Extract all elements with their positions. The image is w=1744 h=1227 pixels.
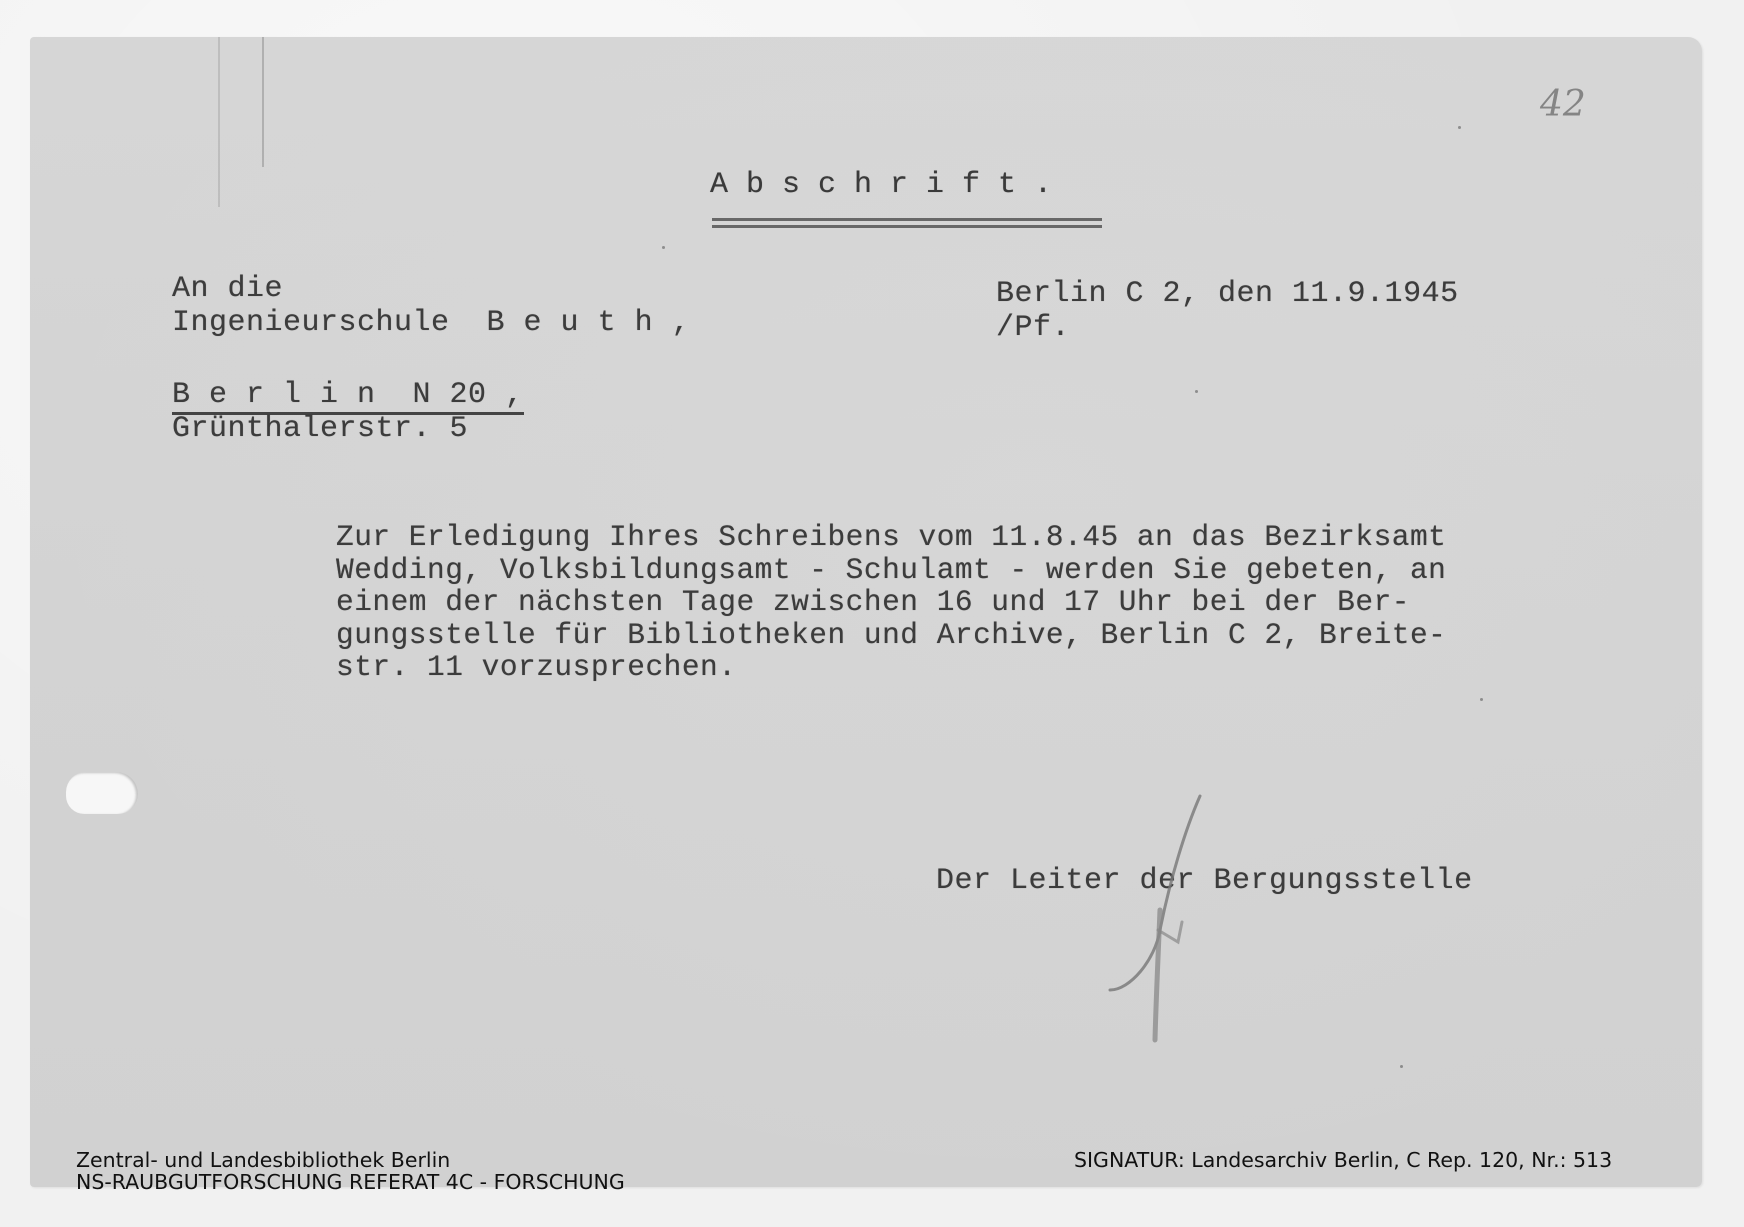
punch-hole: [66, 772, 138, 814]
body-line: einem der nächsten Tage zwischen 16 und …: [336, 585, 1410, 619]
recipient-institution: Ingenieurschule B e u t h ,: [172, 306, 690, 340]
footer-department: NS-RAUBGUTFORSCHUNG REFERAT 4C - FORSCHU…: [76, 1170, 625, 1194]
reference-initials: /Pf.: [996, 311, 1070, 345]
body-line: gungsstelle für Bibliotheken und Archive…: [336, 618, 1446, 652]
recipient-city-underlined: B e r l i n N 20 ,: [172, 378, 524, 415]
body-line: str. 11 vorzusprechen.: [336, 650, 736, 684]
body-line: Zur Erledigung Ihres Schreibens vom 11.8…: [336, 520, 1446, 554]
document-title: A b s c h r i f t .: [710, 168, 1052, 202]
paper-speck: [1458, 126, 1461, 129]
dateline-block: Berlin C 2, den 11.9.1945 /Pf.: [996, 277, 1459, 345]
paper-speck: [1480, 698, 1483, 701]
place-and-date: Berlin C 2, den 11.9.1945: [996, 277, 1459, 311]
handwritten-signature: [1100, 790, 1240, 1050]
recipient-city: B e r l i n N 20 ,: [172, 378, 524, 415]
paper-crease: [262, 37, 264, 167]
recipient-street: Grünthalerstr. 5: [172, 412, 468, 446]
paper-speck: [1195, 390, 1198, 393]
recipient-line-1: An die: [172, 272, 283, 306]
footer-library: Zentral- und Landesbibliothek Berlin: [76, 1148, 450, 1172]
recipient-block: An die Ingenieurschule B e u t h ,: [172, 272, 690, 340]
footer-signature-reference: SIGNATUR: Landesarchiv Berlin, C Rep. 12…: [1074, 1149, 1612, 1171]
paper-speck: [1400, 1065, 1403, 1068]
footer-institution: Zentral- und Landesbibliothek Berlin NS-…: [76, 1149, 625, 1193]
handwritten-page-number: 42: [1540, 84, 1586, 125]
title-double-underline: [712, 218, 1102, 228]
paper-speck: [662, 246, 665, 249]
body-line: Wedding, Volksbildungsamt - Schulamt - w…: [336, 553, 1446, 587]
paper-crease: [218, 37, 220, 207]
letter-body: Zur Erledigung Ihres Schreibens vom 11.8…: [336, 521, 1446, 684]
